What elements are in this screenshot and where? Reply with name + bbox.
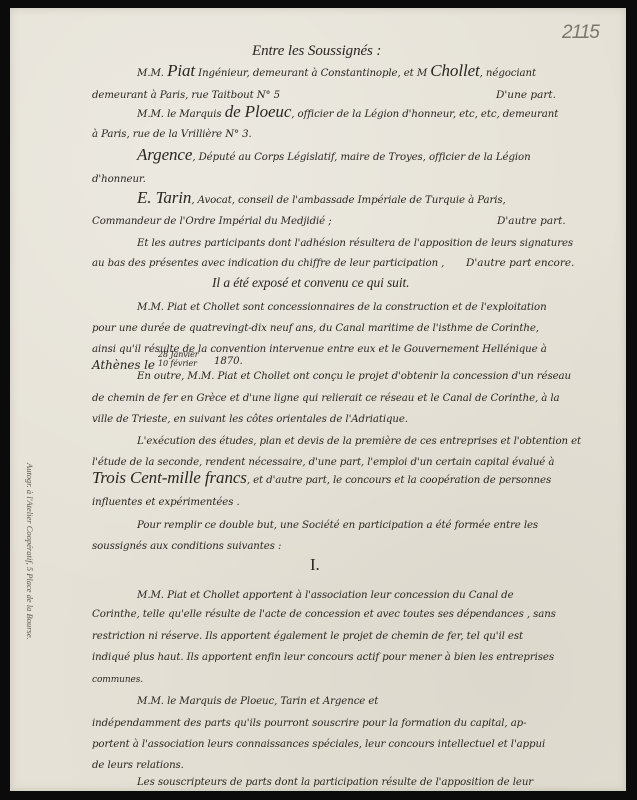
article-line: Corinthe, telle qu'elle résulte de l'act… [92, 608, 556, 622]
text: , Député au Corps Législatif, maire de T… [192, 152, 530, 163]
article-line: indépendamment des parts qu'ils pourront… [92, 717, 526, 731]
paragraph-line: L'exécution des études, plan et devis de… [137, 435, 581, 449]
date-stack: 28 Janvier 10 février [158, 350, 199, 368]
dune-part: D'une part. [496, 89, 556, 101]
article-line: portent à l'association leurs connaissan… [92, 738, 545, 752]
name-chollet: Chollet [430, 61, 479, 80]
text: M.M. [137, 68, 167, 79]
name-de-ploeuc: de Ploeuc [225, 102, 292, 121]
party-line-8: Commandeur de l'Ordre Impérial du Medjid… [92, 215, 332, 229]
date-year: 1870. [214, 355, 243, 369]
name-argence: Argence [137, 145, 192, 164]
paragraph-line: Pour remplir ce double but, une Société … [137, 519, 538, 533]
paragraph-line: En outre, M.M. Piat et Chollet ont conçu… [137, 370, 571, 384]
text: , officier de la Légion d'honneur, etc, … [291, 109, 558, 120]
dautre-part: D'autre part. [497, 215, 566, 227]
article-line: M.M. Piat et Chollet apportent à l'assoc… [137, 589, 514, 603]
margin-printer-note: Autogr. à l'Atelier Coopératif, 5 Place … [25, 463, 35, 640]
paragraph-line: soussignés aux conditions suivantes : [92, 540, 281, 554]
article-line: indiqué plus haut. Ils apportent enfin l… [92, 651, 554, 665]
party-line-10: au bas des présentes avec indication du … [92, 257, 444, 271]
page-number: 2115 [562, 22, 599, 44]
date-julian: 28 Janvier [158, 350, 199, 359]
capital-amount: Trois Cent-mille francs [92, 468, 247, 487]
text: , et d'autre part, le concours et la coo… [247, 475, 551, 486]
name-tarin: E. Tarin [137, 188, 191, 207]
exposition-heading: Il a été exposé et convenu ce qui suit. [212, 276, 409, 290]
article-line: communes. [92, 673, 143, 687]
party-line-7: E. Tarin, Avocat, conseil de l'ambassade… [137, 191, 506, 208]
paragraph-line: pour une durée de quatrevingt-dix neuf a… [92, 322, 539, 336]
article-line: Les souscripteurs de parts dont la parti… [137, 776, 533, 790]
text: Ingénieur, demeurant à Constantinople, e… [195, 68, 430, 79]
date-gregorian: 10 février [158, 359, 199, 368]
name-piat: Piat [167, 61, 195, 80]
article-line: restriction ni réserve. Ils apportent ég… [92, 630, 523, 644]
paragraph-line: ville de Trieste, en suivant les côtes o… [92, 413, 408, 427]
party-line-9: Et les autres participants dont l'adhési… [137, 237, 573, 251]
document-heading: Entre les Soussignés : [252, 44, 381, 58]
paragraph-line: Trois Cent-mille francs, et d'autre part… [92, 471, 551, 488]
text: , négociant [480, 68, 536, 79]
party-line-6: d'honneur. [92, 173, 146, 187]
paragraph-line: M.M. Piat et Chollet sont concessionnair… [137, 301, 547, 315]
party-line-3: M.M. le Marquis de Ploeuc, officier de l… [137, 105, 558, 122]
text: M.M. le Marquis [137, 109, 225, 120]
document-page: 2115 Autogr. à l'Atelier Coopératif, 5 P… [10, 8, 626, 791]
text: , Avocat, conseil de l'ambassade Impéria… [191, 195, 505, 206]
party-line-4: à Paris, rue de la Vrillière N° 3. [92, 128, 252, 142]
dautre-part-encore: D'autre part encore. [466, 257, 574, 269]
article-line: de leurs relations. [92, 759, 184, 773]
paragraph-line: influentes et expérimentées . [92, 496, 240, 510]
paragraph-line: de chemin de fer en Grèce et d'une ligne… [92, 392, 560, 406]
article-number: I. [310, 558, 320, 572]
party-line-2: demeurant à Paris, rue Taitbout N° 5 [92, 89, 280, 103]
article-line: M.M. le Marquis de Ploeuc, Tarin et Arge… [137, 695, 378, 709]
party-line-5: Argence, Député au Corps Législatif, mai… [137, 148, 531, 165]
party-line-1: M.M. Piat Ingénieur, demeurant à Constan… [137, 64, 536, 81]
